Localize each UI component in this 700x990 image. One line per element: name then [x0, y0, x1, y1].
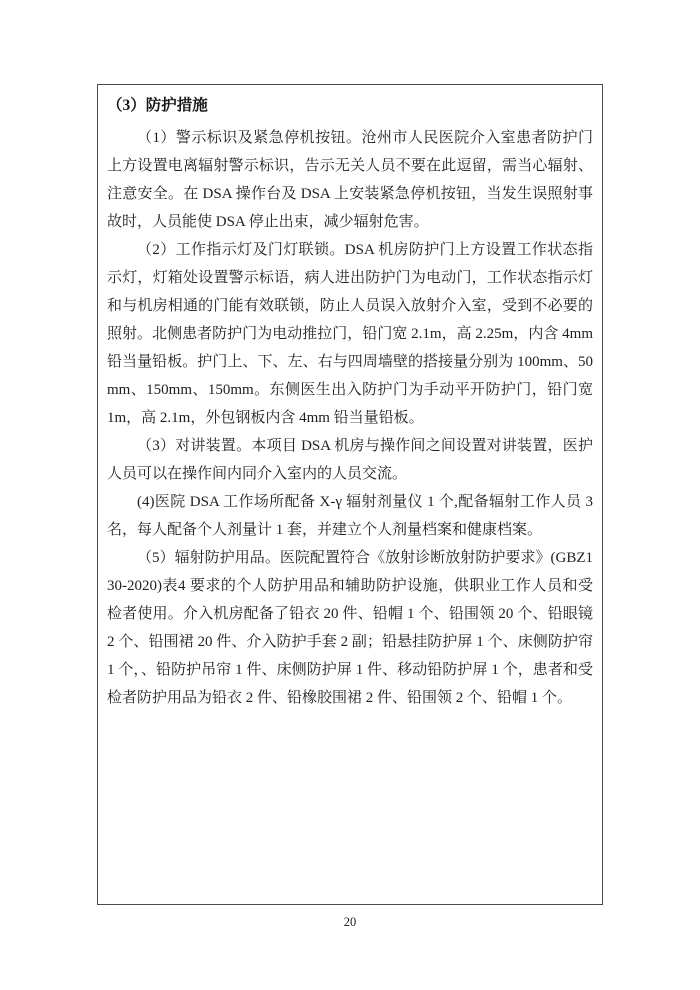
paragraph-dosimeter-equipment: (4)医院 DSA 工作场所配备 X-γ 辐射剂量仪 1 个,配备辐射工作人员 … [107, 488, 593, 544]
content-border-box: （3）防护措施 （1）警示标识及紧急停机按钮。沧州市人民医院介入室患者防护门上方… [97, 84, 603, 905]
document-page: （3）防护措施 （1）警示标识及紧急停机按钮。沧州市人民医院介入室患者防护门上方… [0, 0, 700, 990]
page-number: 20 [0, 913, 700, 931]
paragraph-protective-supplies: （5）辐射防护用品。医院配置符合《放射诊断放射防护要求》(GBZ130-2020… [107, 544, 593, 712]
section-heading: （3）防护措施 [107, 91, 593, 120]
paragraph-warning-signs-emergency-stop: （1）警示标识及紧急停机按钮。沧州市人民医院介入室患者防护门上方设置电离辐射警示… [107, 124, 593, 236]
paragraph-intercom-device: （3）对讲装置。本项目 DSA 机房与操作间之间设置对讲装置，医护人员可以在操作… [107, 432, 593, 488]
paragraph-indicator-light-door-interlock: （2）工作指示灯及门灯联锁。DSA 机房防护门上方设置工作状态指示灯，灯箱处设置… [107, 236, 593, 432]
